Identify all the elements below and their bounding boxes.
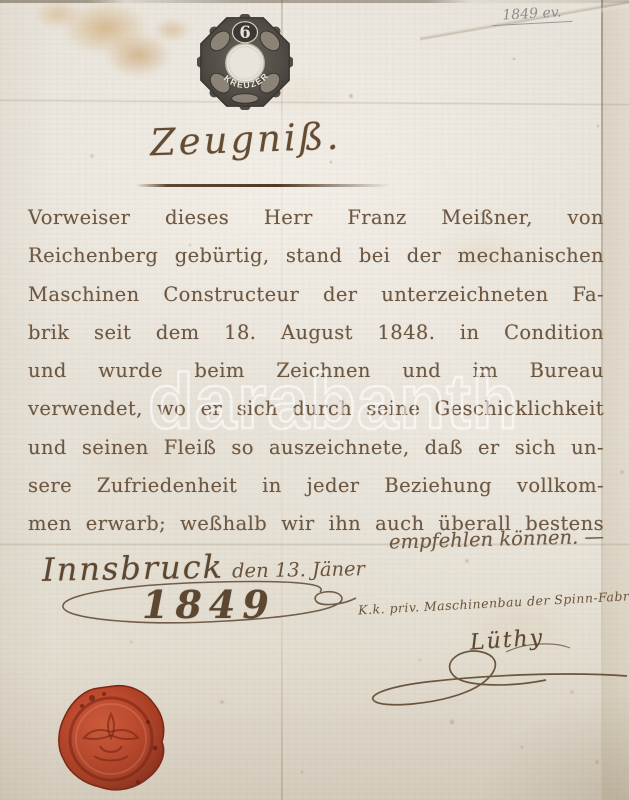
body-line: brik seit dem 18. August 1848. in Condit… bbox=[28, 314, 604, 352]
title-underline bbox=[136, 184, 394, 187]
body-line: Maschinen Constructeur der unterzeichnet… bbox=[28, 276, 604, 314]
year: 1849 bbox=[142, 582, 276, 627]
body-line: sere Zufriedenheit in jeder Beziehung vo… bbox=[28, 467, 604, 505]
wax-seal-icon bbox=[52, 682, 172, 800]
body-line: Reichenberg gebürtig, stand bei der mech… bbox=[28, 237, 604, 275]
signature-flourish-icon bbox=[356, 640, 628, 710]
year-block: 1849 bbox=[58, 580, 358, 630]
document-page: 6 KREUZER 1849 ev. Zeugniß. Vorweiser di… bbox=[0, 0, 629, 800]
closing-line: empfehlen können. — bbox=[366, 525, 605, 554]
stamp-value: 6 bbox=[239, 23, 250, 42]
body-line: Vorweiser dieses Herr Franz Meißner, von bbox=[28, 199, 604, 237]
date-text: den 13. Jäner bbox=[232, 557, 365, 582]
company-line: K.k. priv. Maschinenbau der Spinn-Fabrik bbox=[358, 589, 608, 617]
watermark-overlay: darabanth bbox=[148, 356, 519, 447]
certificate-title: Zeugniß. bbox=[149, 115, 342, 165]
revenue-stamp-icon: 6 KREUZER bbox=[197, 14, 293, 110]
